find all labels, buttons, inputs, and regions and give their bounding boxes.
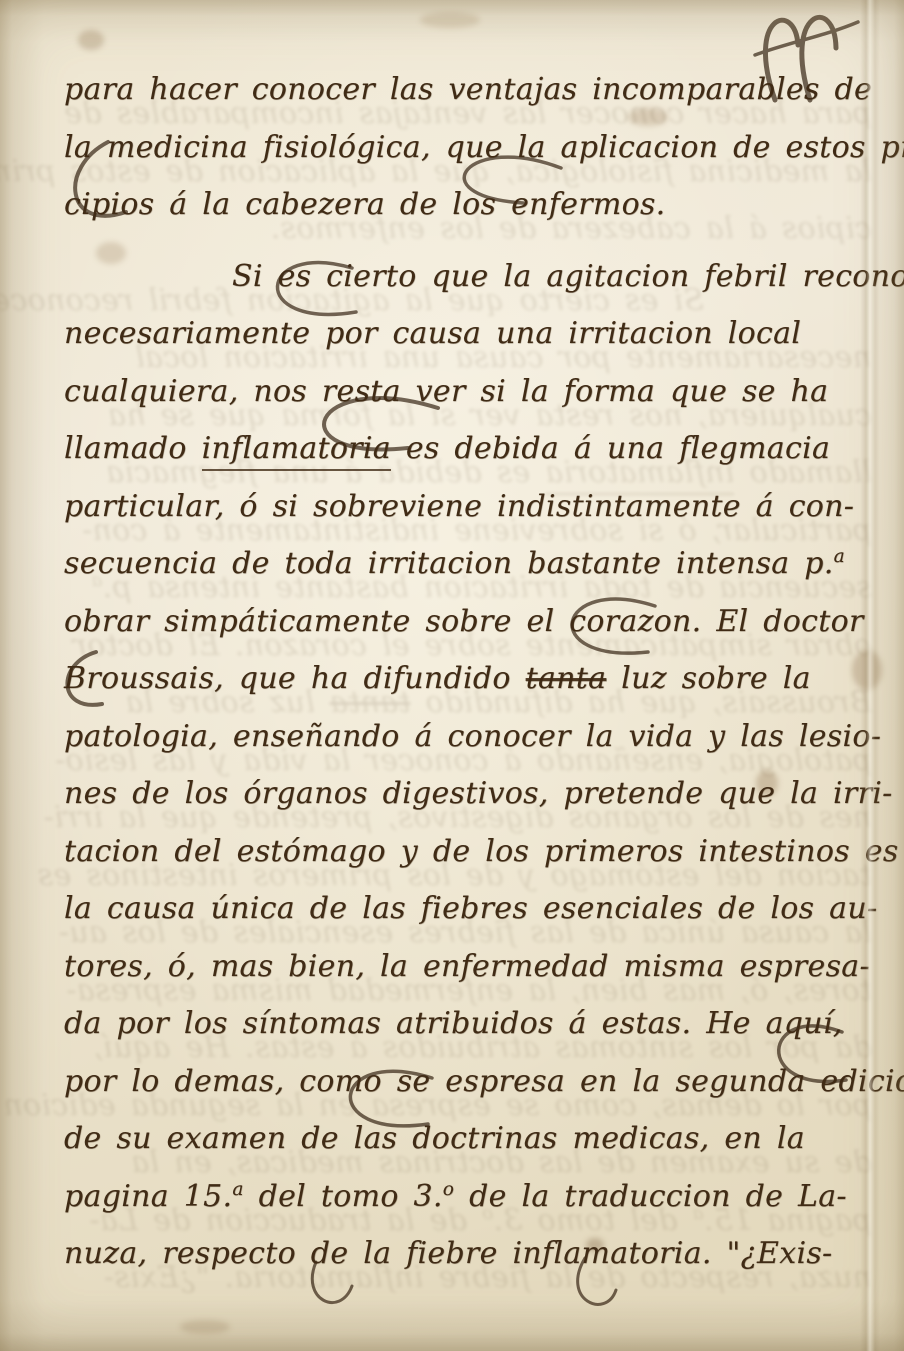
paragraph: Si es cierto que la agitacion febril rec… [64,259,876,1294]
manuscript-line: de su examen de las doctrinas medicas, e… [64,1121,876,1179]
text-segment: a [232,1179,243,1200]
manuscript-line: cualquiera, nos resta ver si la forma qu… [64,374,876,432]
text-segment: llamado [64,431,202,466]
manuscript-text: para hacer conocer las ventajas incompar… [64,72,876,1294]
text-segment: cipios á la cabezera de los enfermos. [64,187,666,222]
text-segment: patologia, enseñando á conocer la vida y… [64,719,881,754]
manuscript-line: obrar simpáticamente sobre el corazon. E… [64,604,876,662]
manuscript-line: tacion del estómago y de los primeros in… [64,834,876,892]
manuscript-line: tores, ó, mas bien, la enfermedad misma … [64,949,876,1007]
text-segment: Si es cierto que la agitacion febril rec… [232,259,904,294]
manuscript-page: para hacer conocer las ventajas incompar… [0,0,904,1351]
text-segment: da por los síntomas atribuidos á estas. … [64,1006,843,1041]
text-segment: por lo demas, como se espresa en la segu… [64,1064,904,1099]
text-segment: nuza, respecto de la fiebre inflamatoria… [64,1236,832,1271]
text-segment: de su examen de las doctrinas medicas, e… [64,1121,805,1156]
text-segment: inflamatoria [202,431,391,471]
manuscript-line: para hacer conocer las ventajas incompar… [64,72,876,130]
manuscript-line: llamado inflamatoria es debida á una fle… [64,431,876,489]
text-segment: secuencia de toda irritacion bastante in… [64,546,834,581]
text-segment: nes de los órganos digestivos, pretende … [64,776,893,811]
text-segment: tanta [526,661,607,696]
text-segment: a [834,546,845,567]
manuscript-line: nes de los órganos digestivos, pretende … [64,776,876,834]
text-segment: obrar simpáticamente sobre el corazon. E… [64,604,864,639]
paper-stain [180,1320,230,1334]
paper-stain [420,12,480,28]
paragraph: para hacer conocer las ventajas incompar… [64,72,876,245]
manuscript-line: cipios á la cabezera de los enfermos. [64,187,876,245]
text-segment: de la traduccion de La- [454,1179,847,1214]
manuscript-line: Si es cierto que la agitacion febril rec… [64,259,876,317]
text-segment: necesariamente por causa una irritacion … [64,316,801,351]
text-segment: para hacer conocer las ventajas incompar… [64,72,872,107]
text-segment: pagina 15. [64,1179,232,1214]
paper-stain [78,30,104,50]
text-segment: Broussais, que ha difundido [64,661,526,696]
text-segment: la medicina fisiológica, que la aplicaci… [64,130,904,165]
manuscript-line: particular, ó si sobreviene indistintame… [64,489,876,547]
manuscript-line: pagina 15.a del tomo 3.o de la traduccio… [64,1179,876,1237]
manuscript-line: por lo demas, como se espresa en la segu… [64,1064,876,1122]
text-segment: cualquiera, nos resta ver si la forma qu… [64,374,828,409]
text-segment: del tomo 3. [244,1179,443,1214]
manuscript-line: la medicina fisiológica, que la aplicaci… [64,130,876,188]
ink-flourish [755,22,858,55]
text-segment: particular, ó si sobreviene indistintame… [64,489,854,524]
text-segment: es debida á una flegmacia [391,431,830,466]
manuscript-line: patologia, enseñando á conocer la vida y… [64,719,876,777]
manuscript-line: la causa única de las fiebres esenciales… [64,891,876,949]
manuscript-line: Broussais, que ha difundido tanta luz so… [64,661,876,719]
manuscript-line: secuencia de toda irritacion bastante in… [64,546,876,604]
text-segment: o [443,1179,455,1200]
manuscript-line: nuza, respecto de la fiebre inflamatoria… [64,1236,876,1294]
manuscript-line: necesariamente por causa una irritacion … [64,316,876,374]
text-segment: la causa única de las fiebres esenciales… [64,891,877,926]
manuscript-line: da por los síntomas atribuidos á estas. … [64,1006,876,1064]
text-segment: luz sobre la [606,661,810,696]
text-segment: tores, ó, mas bien, la enfermedad misma … [64,949,870,984]
text-segment: tacion del estómago y de los primeros in… [64,834,899,869]
